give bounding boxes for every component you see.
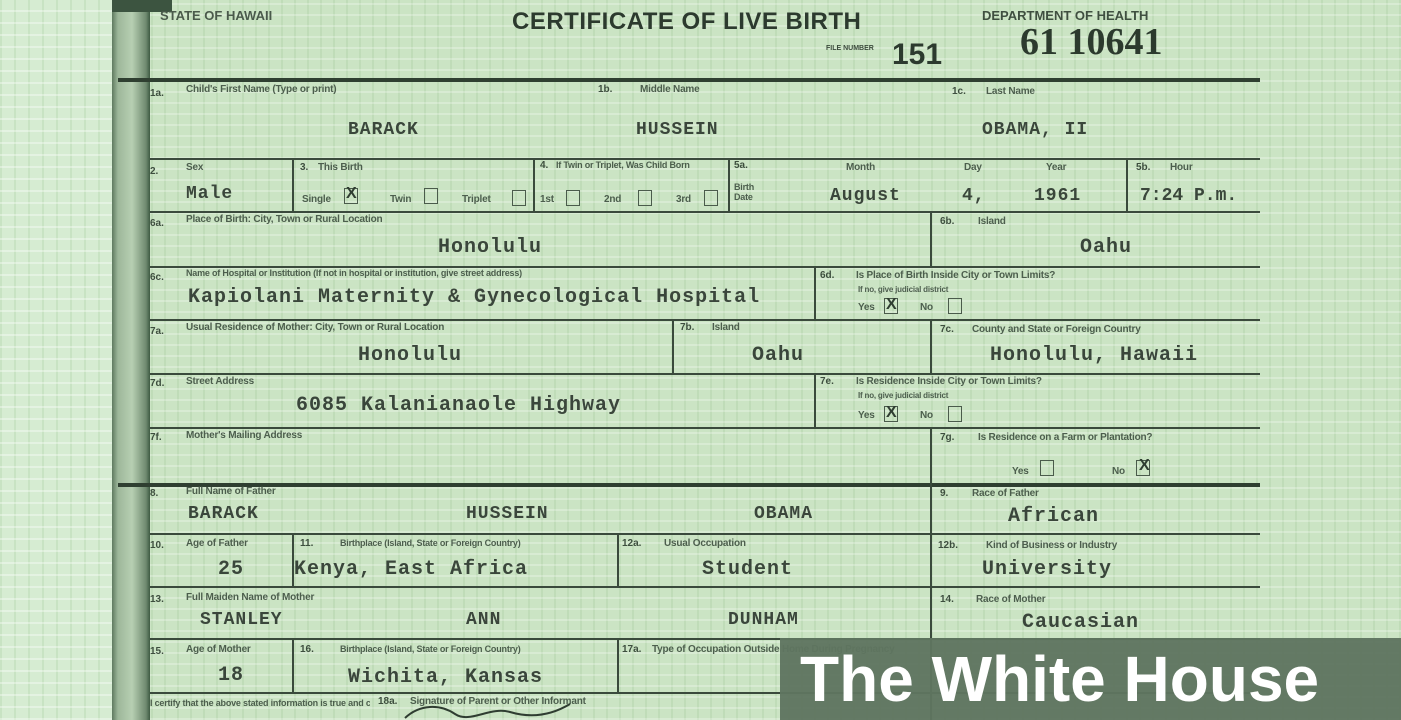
street-address-label: Street Address [186,376,254,387]
residence-inside-city-label: Is Residence Inside City or Town Limits? [856,376,1042,387]
residence-inside-yes-mark: X [886,404,897,422]
file-number-label: FILE NUMBER [826,44,888,53]
mother-island-label: Island [712,322,740,333]
child-first-name-value: BARACK [348,120,419,140]
street-address-value: 6085 Kalanianaole Highway [296,394,621,417]
field-number: 12b. [938,540,958,551]
field-number: 1c. [952,86,966,97]
second-checkbox [638,190,652,206]
vrule-hospital [814,266,816,319]
first-option-label: 1st [540,194,554,205]
rule-row8 [150,533,1260,535]
mother-island-value: Oahu [752,344,804,367]
farm-yes-label: Yes [1012,466,1029,477]
field-number: 11. [300,538,313,549]
field-number: 2. [150,166,158,177]
vrule-thisbirth [533,158,535,211]
inside-city-no-checkbox [948,298,962,314]
vrule-twin [728,158,730,211]
third-checkbox [704,190,718,206]
child-middle-name-value: HUSSEIN [636,120,719,140]
field-number: 7a. [150,326,164,337]
field-number: 5a. [734,160,748,171]
file-number: 151 [892,38,942,72]
signature-scribble-icon [400,700,580,720]
residence-inside-city-sublabel: If no, give judicial district [858,391,948,400]
field-number: 6a. [150,218,164,229]
field-number: 16. [300,644,314,655]
mother-birthplace-label: Birthplace (Island, State or Foreign Cou… [340,644,521,654]
watermark-text: The White House [800,642,1319,716]
inside-city-limits-sublabel: If no, give judicial district [858,285,948,294]
third-option-label: 3rd [676,194,691,205]
field-number: 17a. [622,644,641,655]
state-label: STATE OF HAWAII [160,8,272,23]
second-option-label: 2nd [604,194,621,205]
rule-row2 [150,211,1260,213]
field-number: 3. [300,162,308,173]
field-number: 7f. [150,432,162,443]
birth-year-value: 1961 [1034,186,1081,206]
rule-row6 [150,427,1260,429]
farm-no-mark: X [1139,457,1150,475]
vrule-island [930,211,932,266]
father-first-name-value: BARACK [188,504,259,524]
father-birthplace-label: Birthplace (Island, State or Foreign Cou… [340,538,521,548]
single-check-mark: X [346,185,357,203]
farm-no-label: No [1112,466,1125,477]
field-number: 1a. [150,88,164,99]
mother-birthplace-value: Wichita, Kansas [348,666,543,689]
field-number: 18a. [378,696,397,707]
rule-header [118,78,1260,82]
father-race-value: African [1008,505,1099,528]
mother-county-state-value: Honolulu, Hawaii [990,344,1198,367]
mailing-address-label: Mother's Mailing Address [186,430,302,441]
mother-county-state-label: County and State or Foreign Country [972,324,1141,335]
field-number: 1b. [598,84,612,95]
mother-middle-name-value: ANN [466,610,501,630]
vrule-mother-island [930,319,932,373]
field-number: 7c. [940,324,954,335]
this-birth-label: This Birth [318,162,363,173]
day-label: Day [964,162,982,173]
field-number: 5b. [1136,162,1150,173]
father-age-label: Age of Father [186,538,248,549]
island-label: Island [978,216,1006,227]
no-option-label: No [920,302,933,313]
mother-age-label: Age of Mother [186,644,251,655]
hour-value: 7:24 P.m. [1140,186,1237,206]
father-industry-value: University [982,558,1112,581]
rule-row4 [150,319,1260,321]
single-option-label: Single [302,194,331,205]
vrule-sex [292,158,294,211]
father-birthplace-value: Kenya, East Africa [294,558,528,581]
birth-date-label: Birth Date [734,182,764,202]
field-number: 7e. [820,376,834,387]
place-of-birth-value: Honolulu [438,236,542,259]
farm-yes-checkbox [1040,460,1054,476]
child-first-name-label: Child's First Name (Type or print) [186,84,336,95]
mother-maiden-name-label: Full Maiden Name of Mother [186,592,314,603]
rule-row5 [150,373,1260,375]
yes-option-label: Yes [858,410,875,421]
vrule-father-birthplace [617,533,619,586]
field-number: 14. [940,594,954,605]
twin-order-label: If Twin or Triplet, Was Child Born [556,160,716,170]
field-number: 4. [540,160,548,171]
page-binding-edge [112,0,150,720]
field-number: 8. [150,488,158,499]
mother-race-value: Caucasian [1022,611,1139,634]
twin-checkbox [424,188,438,204]
birth-day-value: 4, [962,186,986,206]
mother-residence-label: Usual Residence of Mother: City, Town or… [186,322,444,333]
field-number: 10. [150,540,164,551]
document-title: CERTIFICATE OF LIVE BIRTH [512,8,861,36]
field-number: 12a. [622,538,641,549]
field-number: 13. [150,594,164,605]
mother-race-label: Race of Mother [976,594,1045,605]
father-occupation-value: Student [702,558,793,581]
father-last-name-value: OBAMA [754,504,813,524]
island-value: Oahu [1080,236,1132,259]
hospital-value: Kapiolani Maternity & Gynecological Hosp… [188,286,760,309]
mother-last-name-value: DUNHAM [728,610,799,630]
twin-option-label: Twin [390,194,411,205]
father-occupation-label: Usual Occupation [664,538,746,549]
mother-first-name-value: STANLEY [200,610,283,630]
triplet-option-label: Triplet [462,194,491,205]
field-number: 6d. [820,270,834,281]
birth-month-value: August [830,186,901,206]
yes-option-label: Yes [858,302,875,313]
rule-row9 [150,586,1260,588]
rule-father-section [118,483,1260,487]
mother-age-value: 18 [218,664,244,687]
certificate-number: 61 10641 [1020,20,1163,64]
month-label: Month [846,162,875,173]
no-option-label: No [920,410,933,421]
first-checkbox [566,190,580,206]
field-number: 15. [150,646,164,657]
field-number: 9. [940,488,948,499]
field-number: 7d. [150,378,164,389]
field-number: 6c. [150,272,164,283]
farm-plantation-label: Is Residence on a Farm or Plantation? [978,432,1152,443]
residence-inside-no-checkbox [948,406,962,422]
year-label: Year [1046,162,1066,173]
sex-label: Sex [186,162,203,173]
triplet-checkbox [512,190,526,206]
field-number: 7b. [680,322,694,333]
father-age-value: 25 [218,558,244,581]
vrule-residence [672,319,674,373]
child-last-name-label: Last Name [986,86,1035,97]
inside-city-yes-mark: X [886,296,897,314]
hour-label: Hour [1170,162,1193,173]
father-name-label: Full Name of Father [186,486,276,497]
father-industry-label: Kind of Business or Industry [986,540,1117,551]
vrule-mother-age [292,638,294,692]
place-of-birth-label: Place of Birth: City, Town or Rural Loca… [186,214,382,225]
inside-city-limits-label: Is Place of Birth Inside City or Town Li… [856,270,1055,281]
vrule-hour [1126,158,1128,211]
certification-statement: I certify that the above stated informat… [150,698,370,708]
father-middle-name-value: HUSSEIN [466,504,549,524]
child-middle-name-label: Middle Name [640,84,699,95]
field-number: 7g. [940,432,954,443]
sex-value: Male [186,184,233,204]
father-race-label: Race of Father [972,488,1039,499]
child-last-name-value: OBAMA, II [982,120,1088,140]
vrule-street [814,373,816,427]
field-number: 6b. [940,216,954,227]
mother-residence-value: Honolulu [358,344,462,367]
vrule-mother-birthplace [617,638,619,692]
hospital-label: Name of Hospital or Institution (If not … [186,268,522,278]
